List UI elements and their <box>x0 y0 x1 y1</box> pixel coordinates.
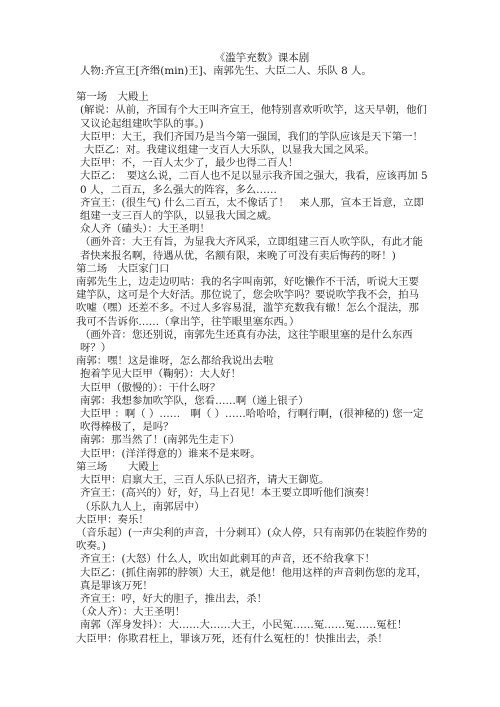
scene-heading: 第二场 大臣家门口 <box>76 263 428 276</box>
document-title: 《滥竽充数》课本剧 <box>96 52 428 65</box>
script-line: 众人齐（磕头）：大王圣明！ <box>76 223 428 236</box>
script-line: 大臣甲：不，一百人太少了，最少也得二百人！ <box>76 157 428 170</box>
scene-heading: 第三场 大殿上 <box>76 461 428 474</box>
document-page: 《滥竽充数》课本剧 人物:齐宣王[齐缗(min)王]、南郭先生、大臣二人、乐队 … <box>76 52 428 646</box>
script-line: 大臣甲：你欺君枉上，罪该万死，还有什么冤枉的！快推出去，杀！ <box>76 633 428 646</box>
script-line: 南郭先生上，边走边叨咕：我的名字叫南郭，好吃懒作不干活，听说大王要建竽队，这可是… <box>76 276 428 329</box>
script-line: 大臣乙： 要这么说，二百人也不足以显示我齐国之强大，我看，应该再加 50 人，二… <box>76 170 428 196</box>
scene-heading: 第一场 大殿上 <box>76 91 428 104</box>
script-line: 大臣甲：启禀大王，三百人乐队已招齐，请大王御览。 <box>76 474 428 487</box>
script-line: 大臣甲 ：啊（ ）…… 啊（ ）……哈哈哈，行啊行啊，(很神秘的) 您一定吹得棒… <box>76 408 428 434</box>
script-line: 南郭（浑身发抖）：大……大……大王，小民冤……冤……冤……冤枉！ <box>76 619 428 632</box>
script-line: (解说：从前，齐国有个大王叫齐宣王，他特别喜欢听吹竽，这天早朝，他们又议论起组建… <box>76 104 428 130</box>
script-line: （众人齐）：大王圣明！ <box>76 606 428 619</box>
script-line: 南郭：嘿！这是谁呀，怎么都给我说出去啦 <box>76 355 428 368</box>
script-line: 齐宣王：(高兴的）好，好，马上召见！本王要立即听他们演奏！ <box>76 487 428 500</box>
script-line: 齐宣王：(很生气) 什么二百五，太不像话了！ 来人那，宣本王旨意，立即组建一支三… <box>76 197 428 223</box>
script-line: 大臣甲：大王，我们齐国乃是当今第一强国，我们的竽队应该是天下第一！ <box>76 131 428 144</box>
script-line: 南郭：那当然了！(南郭先生走下） <box>76 434 428 447</box>
script-line: （音乐起）(一声尖利的声音，十分刺耳）(众人停，只有南郭仍在装腔作势的吹奏。) <box>76 527 428 553</box>
script-line: （画外音：大王有旨，为显我大齐风采，立即组建三百人吹竽队，有此才能者快来报名啊，… <box>76 236 428 262</box>
script-line: 抱着竽见大臣甲（鞠躬）：大人好！ <box>76 368 428 381</box>
script-line: （乐队九人上，南郭居中） <box>76 501 428 514</box>
script-line: 齐宣王：哼，好大的胆子，推出去，杀！ <box>76 593 428 606</box>
script-line: 大臣乙：(抓住南郭的脖领）大王，就是他！他用这样的声音刺伤您的龙耳，真是罪该万死… <box>76 567 428 593</box>
script-line: 大臣甲：(洋洋得意的）谁来不是来呀。 <box>76 448 428 461</box>
cast-list: 人物:齐宣王[齐缗(min)王]、南郭先生、大臣二人、乐队 8 人。 <box>76 65 428 78</box>
spacer <box>76 78 428 91</box>
script-line: 大臣乙：对。我建议组建一支百人大乐队，以显我大国之风采。 <box>76 144 428 157</box>
script-line: （画外音：您还别说，南郭先生还真有办法，这往竽眼里塞的是什么东西呀？） <box>76 329 428 355</box>
script-line: 大臣甲：奏乐！ <box>76 514 428 527</box>
script-line: 大臣甲（傲慢的）：干什么呀？ <box>76 382 428 395</box>
script-line: 齐宣王：(大怒）什么人，吹出如此刺耳的声音，还不给我拿下！ <box>76 553 428 566</box>
script-body: 第一场 大殿上(解说：从前，齐国有个大王叫齐宣王，他特别喜欢听吹竽，这天早朝，他… <box>76 91 428 646</box>
script-line: 南郭：我想参加吹竽队，您看……啊（递上银子） <box>76 395 428 408</box>
